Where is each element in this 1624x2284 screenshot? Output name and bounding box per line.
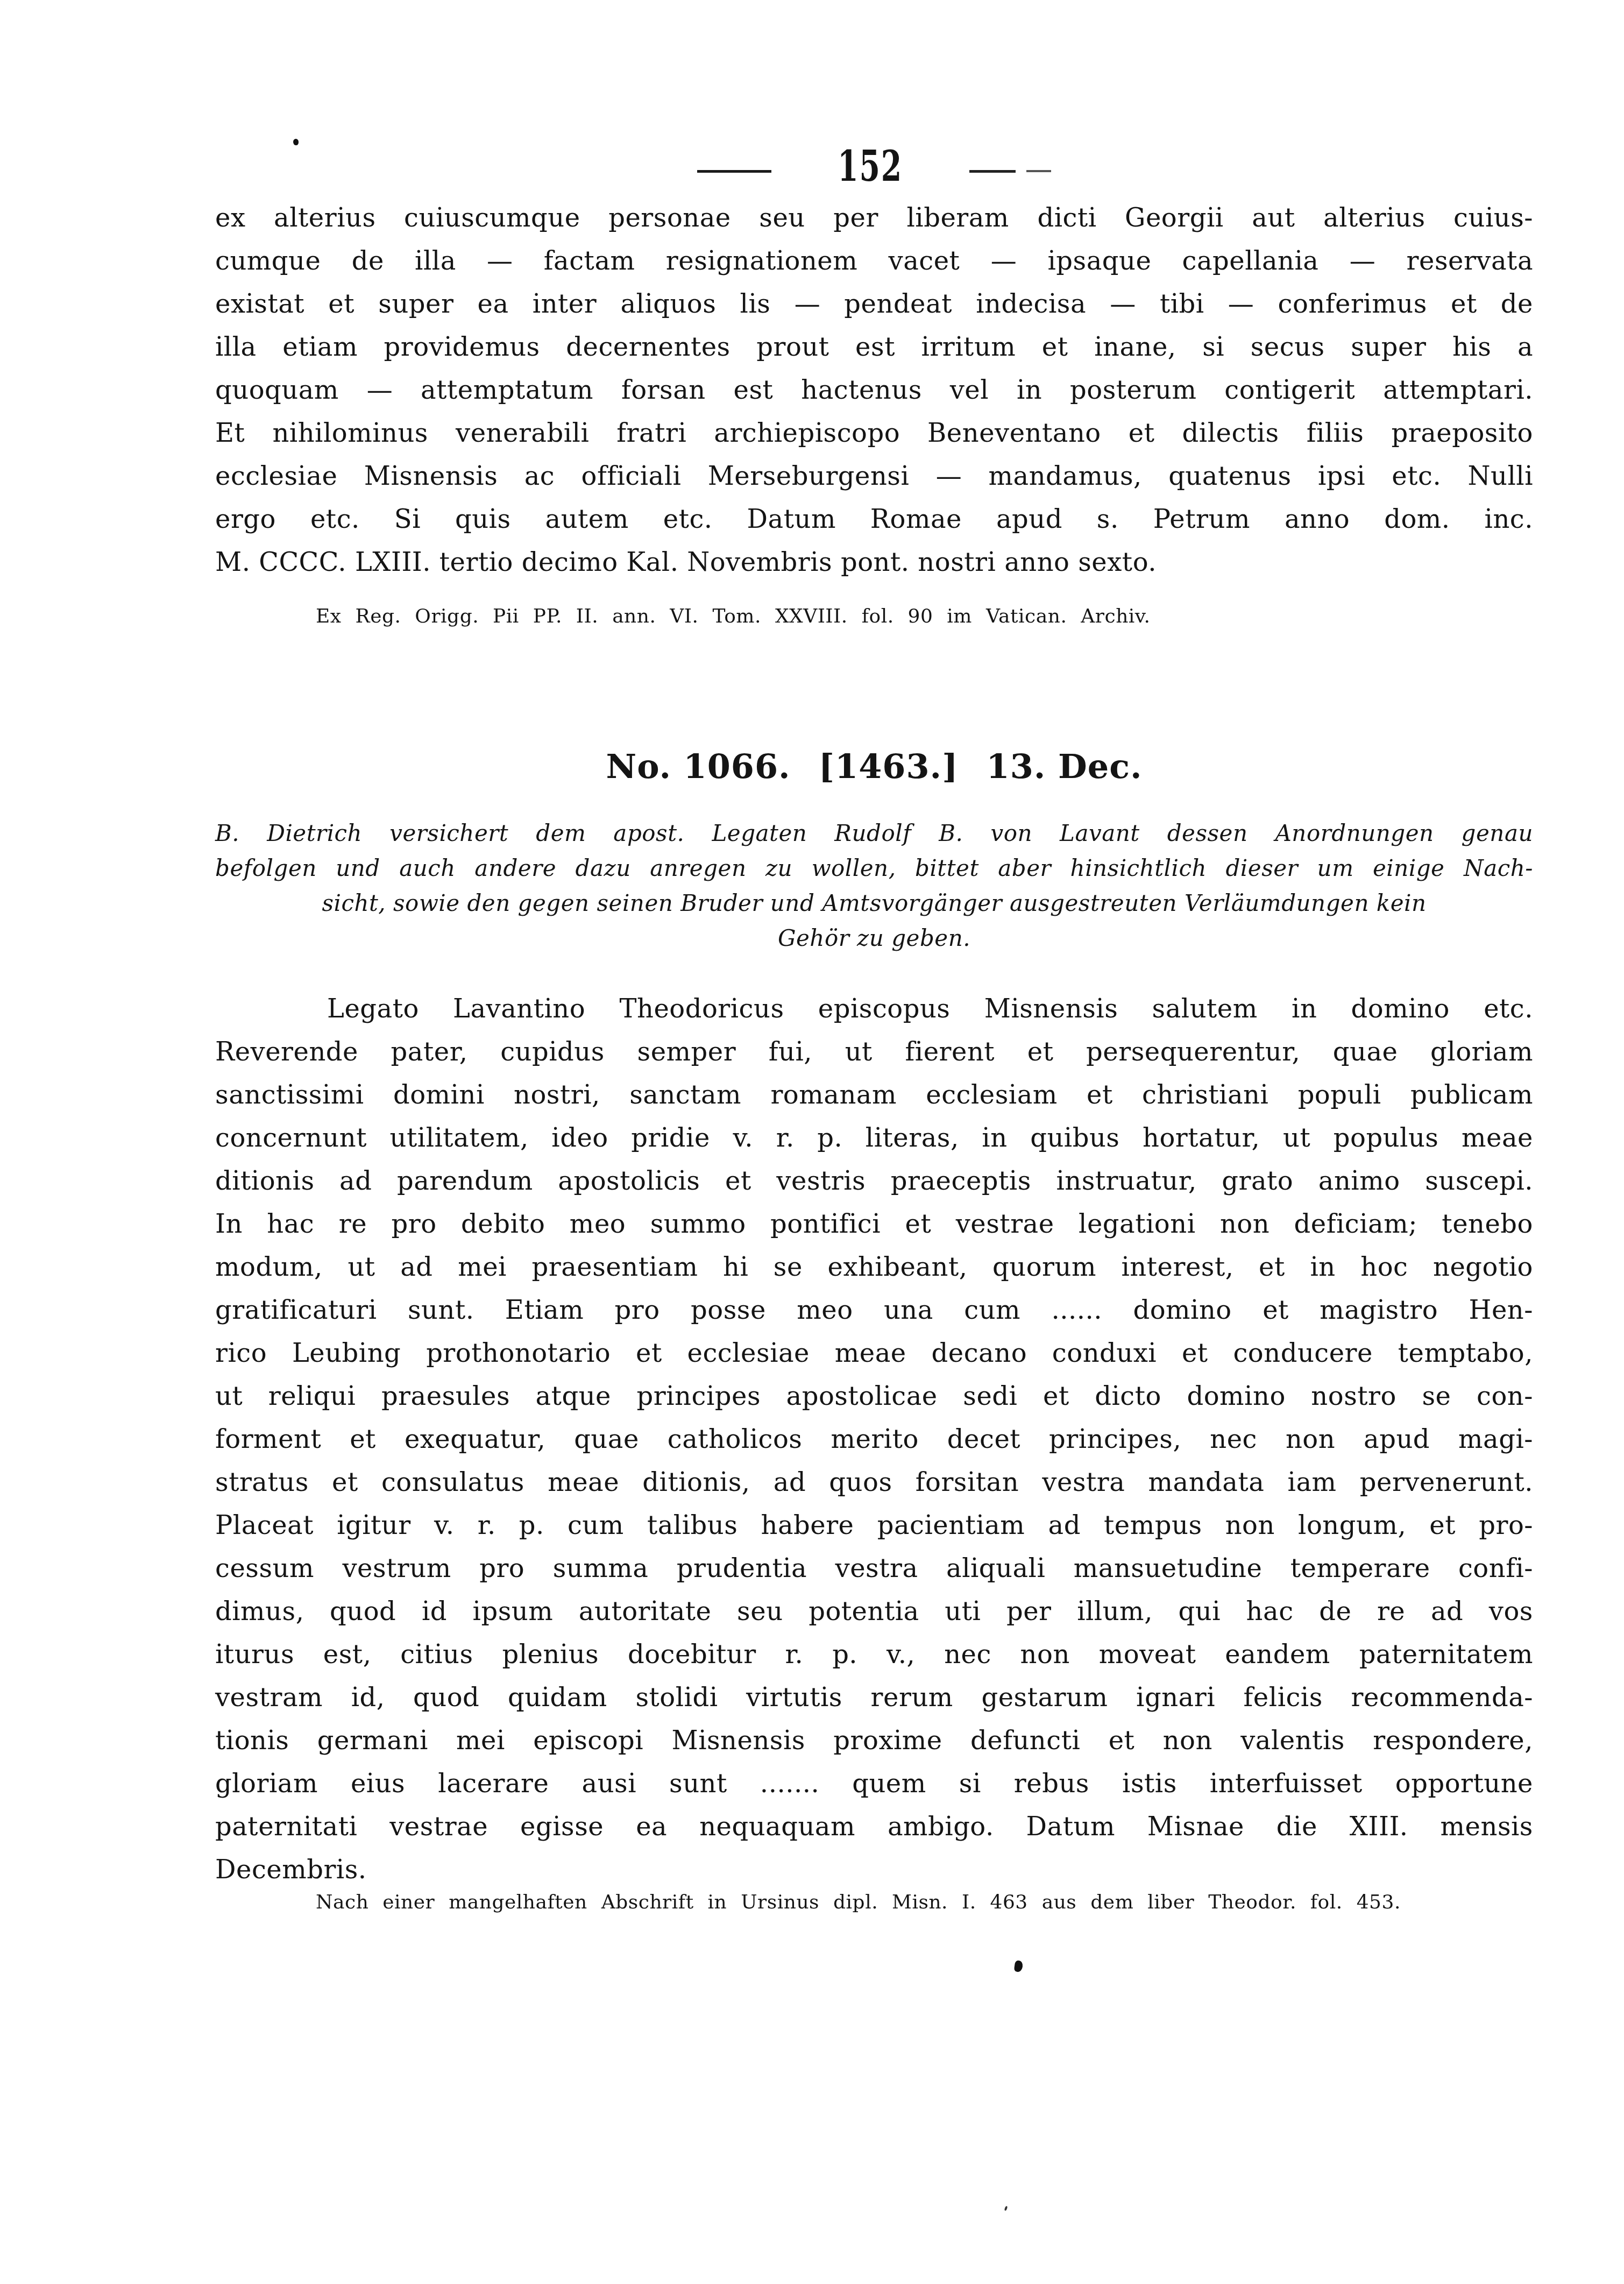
text-line: Placeat igitur v. r. p. cum talibus habe… bbox=[215, 1504, 1533, 1547]
text-line: illa etiam providemus decernentes prout … bbox=[215, 326, 1533, 369]
text-line: ditionis ad parendum apostolicis et vest… bbox=[215, 1159, 1533, 1203]
scan-speck bbox=[1004, 2206, 1008, 2211]
text-line: forment et exequatur, quae catholicos me… bbox=[215, 1418, 1533, 1461]
text-line: paternitati vestrae egisse ea nequaquam … bbox=[215, 1805, 1533, 1848]
page-number: 152 bbox=[838, 142, 903, 192]
text-line: quoquam — attemptatum forsan est hactenu… bbox=[215, 369, 1533, 412]
book-page: 152 ex alterius cuiuscumque personae seu… bbox=[0, 0, 1624, 2284]
text-line: vestram id, quod quidam stolidi virtutis… bbox=[215, 1676, 1533, 1719]
text-line: gratificaturi sunt. Etiam pro posse meo … bbox=[215, 1289, 1533, 1332]
text-line: Et nihilominus venerabili fratri archiep… bbox=[215, 412, 1533, 455]
text-line: iturus est, citius plenius docebitur r. … bbox=[215, 1633, 1533, 1676]
text-line: concernunt utilitatem, ideo pridie v. r.… bbox=[215, 1116, 1533, 1159]
text-line: ex alterius cuiuscumque personae seu per… bbox=[215, 196, 1533, 239]
previous-entry-source: Ex Reg. Origg. Pii PP. II. ann. VI. Tom.… bbox=[215, 604, 1533, 630]
entry-summary: B. Dietrich versichert dem apost. Legate… bbox=[215, 816, 1533, 956]
text-line: Decembris. bbox=[215, 1848, 1533, 1891]
source-text: Ex Reg. Origg. Pii PP. II. ann. VI. Tom.… bbox=[316, 605, 1150, 627]
text-line: stratus et consulatus meae ditionis, ad … bbox=[215, 1461, 1533, 1504]
ink-blot bbox=[1014, 1960, 1024, 1972]
text-line: gloriam eius lacerare ausi sunt ....... … bbox=[215, 1762, 1533, 1805]
text-line: B. Dietrich versichert dem apost. Legate… bbox=[215, 816, 1533, 851]
text-line: In hac re pro debito meo summo pontifici… bbox=[215, 1203, 1533, 1246]
source-text: Nach einer mangelhaften Abschrift in Urs… bbox=[316, 1891, 1401, 1913]
text-line: tionis germani mei episcopi Misnensis pr… bbox=[215, 1719, 1533, 1762]
entry-source: Nach einer mangelhaften Abschrift in Urs… bbox=[215, 1890, 1533, 1915]
text-line: rico Leubing prothonotario et ecclesiae … bbox=[215, 1332, 1533, 1375]
entry-year: [1463.] bbox=[819, 747, 959, 786]
page-header: 152 bbox=[215, 137, 1533, 196]
text-line: Gehör zu geben. bbox=[215, 921, 1533, 956]
header-rule-right bbox=[969, 170, 1016, 173]
header-rule-left bbox=[697, 170, 771, 173]
text-line: modum, ut ad mei praesentiam hi se exhib… bbox=[215, 1246, 1533, 1289]
text-line: ergo etc. Si quis autem etc. Datum Romae… bbox=[215, 498, 1533, 541]
text-line: befolgen und auch andere dazu anregen zu… bbox=[215, 851, 1533, 886]
text-line: cessum vestrum pro summa prudentia vestr… bbox=[215, 1547, 1533, 1590]
text-line: cumque de illa — factam resignationem va… bbox=[215, 239, 1533, 282]
entry-heading: No. 1066. [1463.] 13. Dec. bbox=[215, 747, 1533, 786]
header-rule-right-tail bbox=[1026, 170, 1051, 172]
text-line: dimus, quod id ipsum autoritate seu pote… bbox=[215, 1590, 1533, 1633]
text-line: Reverende pater, cupidus semper fui, ut … bbox=[215, 1030, 1533, 1073]
text-line: existat et super ea inter aliquos lis — … bbox=[215, 282, 1533, 326]
entry-date: 13. Dec. bbox=[987, 747, 1143, 786]
previous-entry-body: ex alterius cuiuscumque personae seu per… bbox=[215, 196, 1533, 584]
text-line: Legato Lavantino Theodoricus episcopus M… bbox=[215, 987, 1533, 1030]
text-line: sanctissimi domini nostri, sanctam roman… bbox=[215, 1073, 1533, 1116]
text-line: sicht, sowie den gegen seinen Bruder und… bbox=[215, 886, 1533, 921]
text-line: ut reliqui praesules atque principes apo… bbox=[215, 1375, 1533, 1418]
text-line: M. CCCC. LXIII. tertio decimo Kal. Novem… bbox=[215, 541, 1533, 584]
text-line: ecclesiae Misnensis ac officiali Mersebu… bbox=[215, 455, 1533, 498]
entry-number: No. 1066. bbox=[606, 747, 790, 786]
entry-body: Legato Lavantino Theodoricus episcopus M… bbox=[215, 987, 1533, 1891]
